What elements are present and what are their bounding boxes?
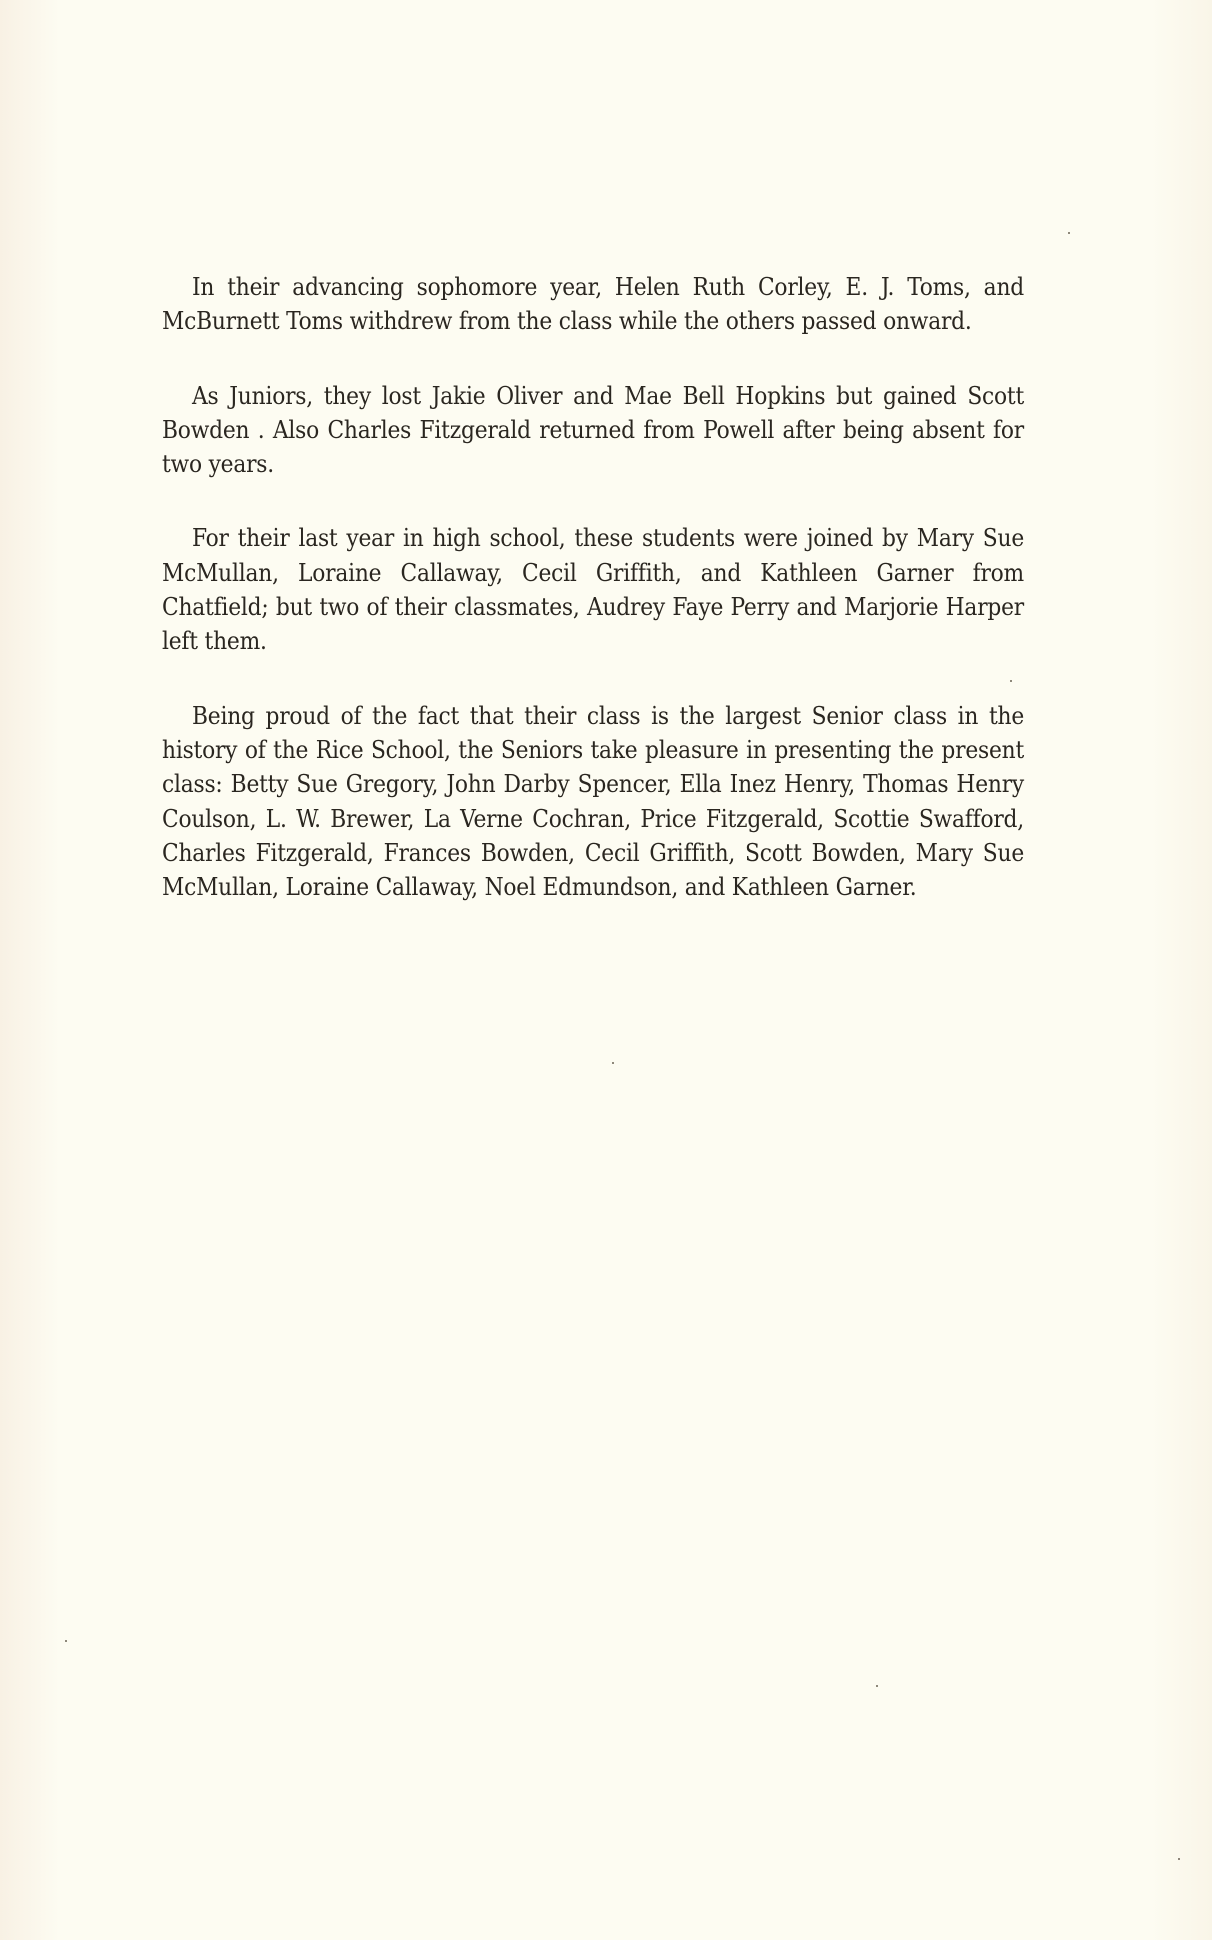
paper-speck xyxy=(876,1685,878,1687)
paper-speck xyxy=(612,1062,614,1064)
paragraph-sophomore-year: In their advancing sophomore year, Helen… xyxy=(162,270,1024,339)
paper-speck xyxy=(1178,1858,1180,1860)
paper-speck xyxy=(1068,232,1070,234)
paragraph-senior-year: For their last year in high school, thes… xyxy=(162,521,1024,658)
paragraph-junior-year: As Juniors, they lost Jakie Oliver and M… xyxy=(162,379,1024,482)
paper-speck xyxy=(65,1640,67,1642)
paragraph-present-class: Being proud of the fact that their class… xyxy=(162,699,1024,905)
document-page: In their advancing sophomore year, Helen… xyxy=(162,270,1024,944)
paper-speck xyxy=(1010,680,1012,682)
